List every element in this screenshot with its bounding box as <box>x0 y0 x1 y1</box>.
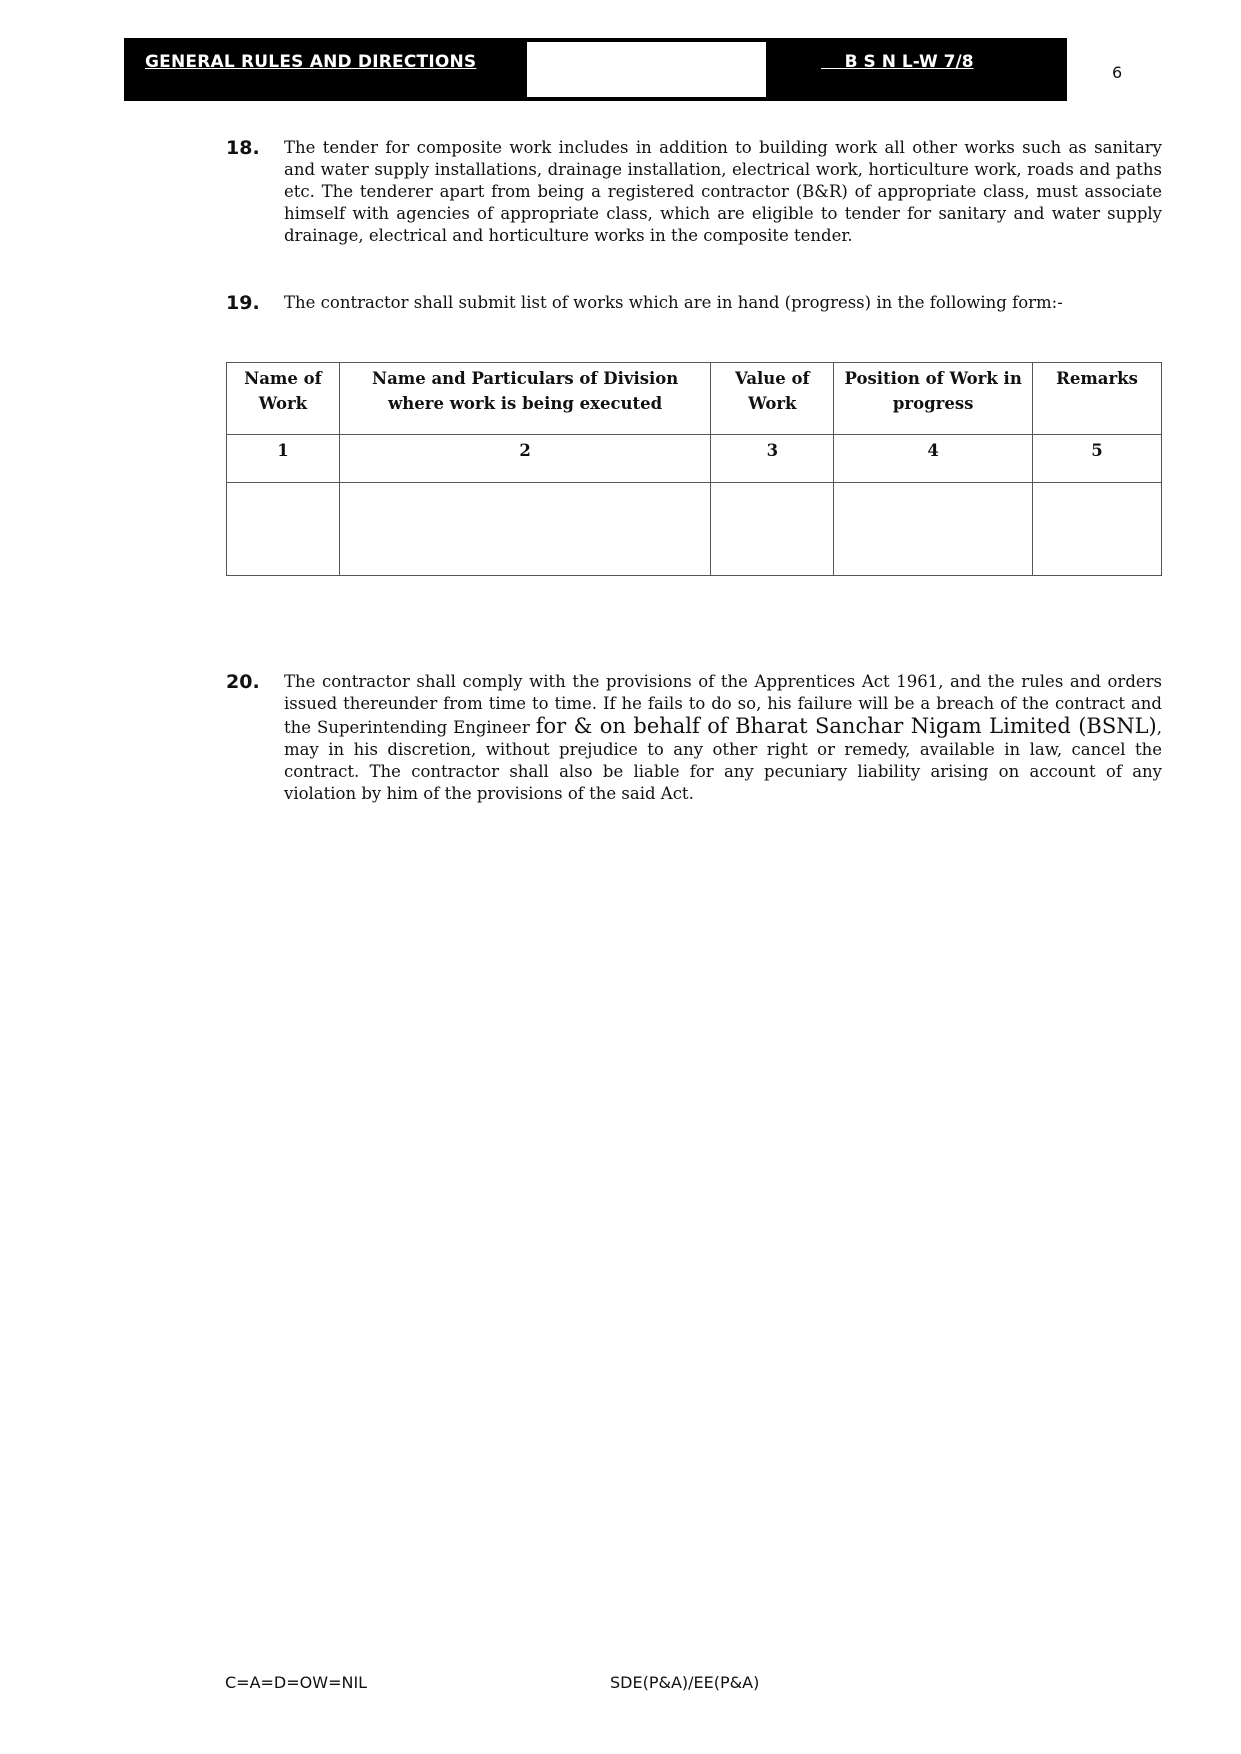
page-number: 6 <box>1112 63 1122 82</box>
clause-number: 18. <box>226 137 260 159</box>
clause-number: 19. <box>226 292 260 314</box>
form-code: B S N L-W 7/8 <box>821 52 974 72</box>
column-header: Remarks <box>1033 363 1162 435</box>
clause-number: 20. <box>226 671 260 693</box>
footer-center: SDE(P&A)/EE(P&A) <box>610 1673 759 1692</box>
header-bar: GENERAL RULES AND DIRECTIONS B S N L-W 7… <box>124 38 1067 101</box>
table-cell <box>711 483 834 576</box>
footer-left: C=A=D=OW=NIL <box>225 1673 367 1692</box>
header-blank-box <box>527 42 766 97</box>
clause-text: The tender for composite work includes i… <box>284 137 1162 247</box>
column-number: 4 <box>834 435 1033 483</box>
table-cell <box>339 483 711 576</box>
clause-text: The contractor shall submit list of work… <box>284 292 1162 314</box>
table-cell <box>227 483 340 576</box>
table-cell <box>834 483 1033 576</box>
column-header: Name of Work <box>227 363 340 435</box>
column-number: 3 <box>711 435 834 483</box>
table-cell <box>1033 483 1162 576</box>
table-row <box>227 483 1162 576</box>
column-number-row: 1 2 3 4 5 <box>227 435 1162 483</box>
header-title: GENERAL RULES AND DIRECTIONS <box>145 52 476 72</box>
column-header: Position of Work in progress <box>834 363 1033 435</box>
column-number: 2 <box>339 435 711 483</box>
column-header: Name and Particulars of Division where w… <box>339 363 711 435</box>
column-number: 5 <box>1033 435 1162 483</box>
works-in-hand-table: Name of Work Name and Particulars of Div… <box>226 362 1162 576</box>
column-number: 1 <box>227 435 340 483</box>
clause-text-emphasis: for & on behalf of Bharat Sanchar Nigam … <box>536 714 1157 738</box>
column-header: Value of Work <box>711 363 834 435</box>
clause-text: The contractor shall comply with the pro… <box>284 671 1162 805</box>
table-header-row: Name of Work Name and Particulars of Div… <box>227 363 1162 435</box>
